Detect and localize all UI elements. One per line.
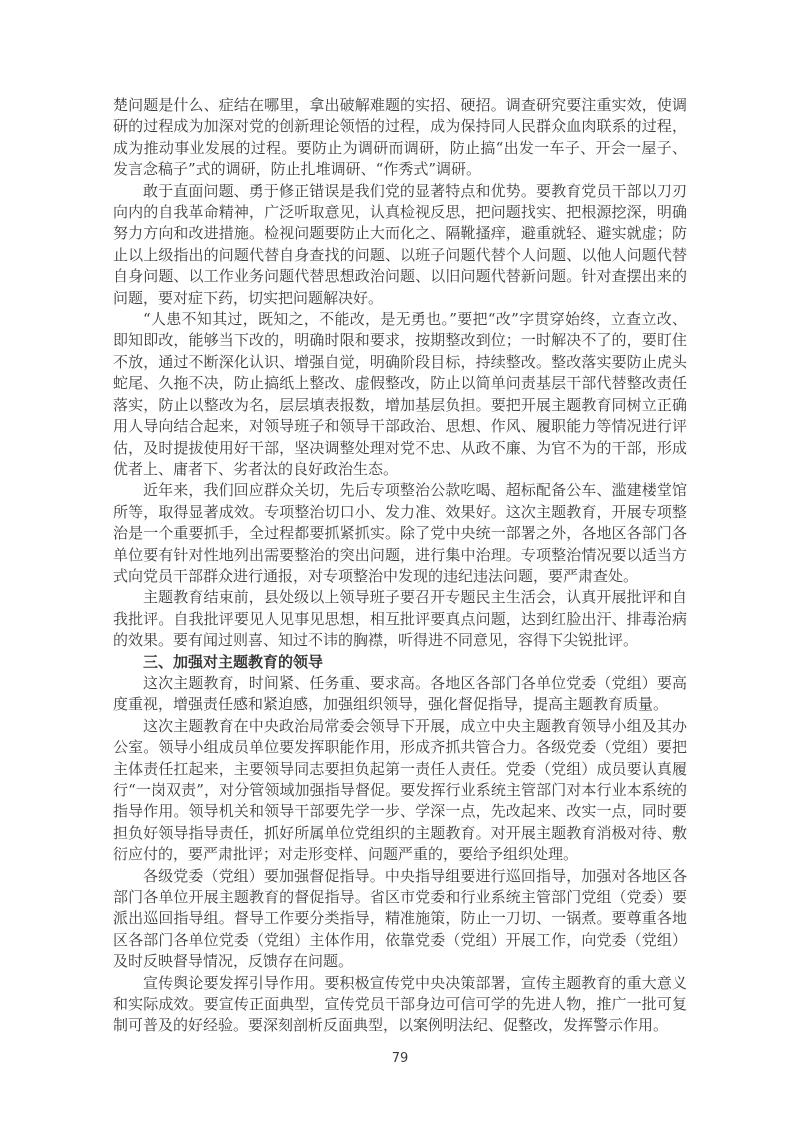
paragraph: 敢于直面问题、勇于修正错误是我们党的显著特点和优势。要教育党员干部以刀刃向内的自… <box>113 181 687 309</box>
paragraph: 近年来，我们回应群众关切，先后专项整治公款吃喝、超标配备公车、滥建楼堂馆所等，取… <box>113 480 687 587</box>
paragraph: 主题教育结束前，县处级以上领导班子要召开专题民主生活会，认真开展批评和自我批评。… <box>113 587 687 651</box>
paragraph: 宣传舆论要发挥引导作用。要积极宣传党中央决策部署，宣传主题教育的重大意义和实际成… <box>113 973 687 1037</box>
paragraph: 这次主题教育，时间紧、任务重、要求高。各地区各部门各单位党委（党组）要高度重视，… <box>113 673 687 716</box>
paragraph: 这次主题教育在中央政治局常委会领导下开展，成立中央主题教育领导小组及其办公室。领… <box>113 716 687 866</box>
paragraph: “人患不知其过，既知之，不能改，是无勇也。”要把“改”字贯穿始终，立查立改、即知… <box>113 309 687 480</box>
section-heading: 三、加强对主题教育的领导 <box>113 652 687 673</box>
paragraph: 各级党委（党组）要加强督促指导。中央指导组要进行巡回指导，加强对各地区各部门各单… <box>113 866 687 973</box>
paragraph-continuation: 楚问题是什么、症结在哪里，拿出破解难题的实招、硬招。调查研究要注重实效，使调研的… <box>113 95 687 181</box>
document-page: 楚问题是什么、症结在哪里，拿出破解难题的实招、硬招。调查研究要注重实效，使调研的… <box>0 0 800 1133</box>
document-body: 楚问题是什么、症结在哪里，拿出破解难题的实招、硬招。调查研究要注重实效，使调研的… <box>113 95 687 1037</box>
page-number: 79 <box>0 1051 800 1066</box>
